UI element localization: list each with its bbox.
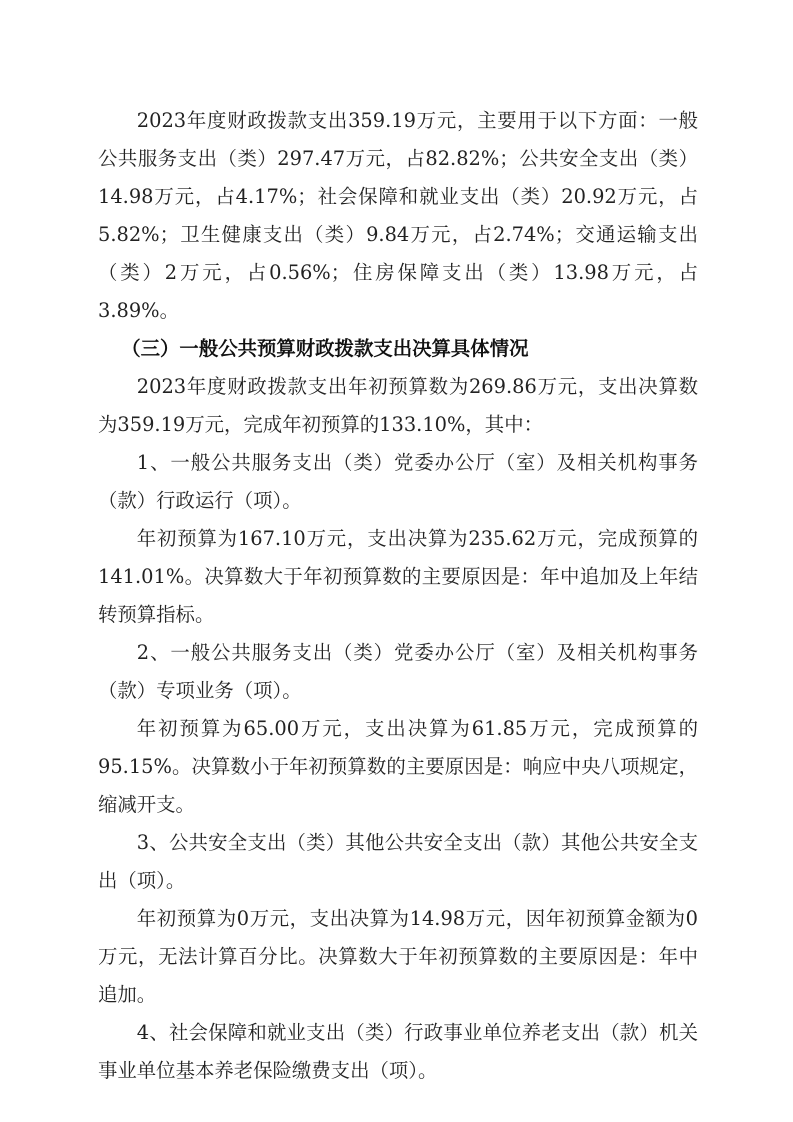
paragraph-item-2-title: 2、一般公共服务支出（类）党委办公厅（室）及相关机构事务（款）专项业务（项）。 <box>98 634 698 710</box>
paragraph-item-1-detail: 年初预算为167.10万元，支出决算为235.62万元，完成预算的141.01%… <box>98 520 698 634</box>
paragraph-expenditure-summary: 2023年度财政拨款支出359.19万元，主要用于以下方面：一般公共服务支出（类… <box>98 102 698 330</box>
paragraph-item-2-detail: 年初预算为65.00万元，支出决算为61.85万元，完成预算的95.15%。决算… <box>98 710 698 824</box>
paragraph-item-1-title: 1、一般公共服务支出（类）党委办公厅（室）及相关机构事务（款）行政运行（项）。 <box>98 444 698 520</box>
section-heading: （三）一般公共预算财政拨款支出决算具体情况 <box>98 330 698 368</box>
paragraph-item-4-title: 4、社会保障和就业支出（类）行政事业单位养老支出（款）机关事业单位基本养老保险缴… <box>98 1014 698 1090</box>
paragraph-budget-overview: 2023年度财政拨款支出年初预算数为269.86万元，支出决算数为359.19万… <box>98 368 698 444</box>
paragraph-item-3-detail: 年初预算为0万元，支出决算为14.98万元，因年初预算金额为0万元，无法计算百分… <box>98 900 698 1014</box>
paragraph-item-3-title: 3、公共安全支出（类）其他公共安全支出（款）其他公共安全支出（项）。 <box>98 824 698 900</box>
document-page: 2023年度财政拨款支出359.19万元，主要用于以下方面：一般公共服务支出（类… <box>98 102 698 1090</box>
